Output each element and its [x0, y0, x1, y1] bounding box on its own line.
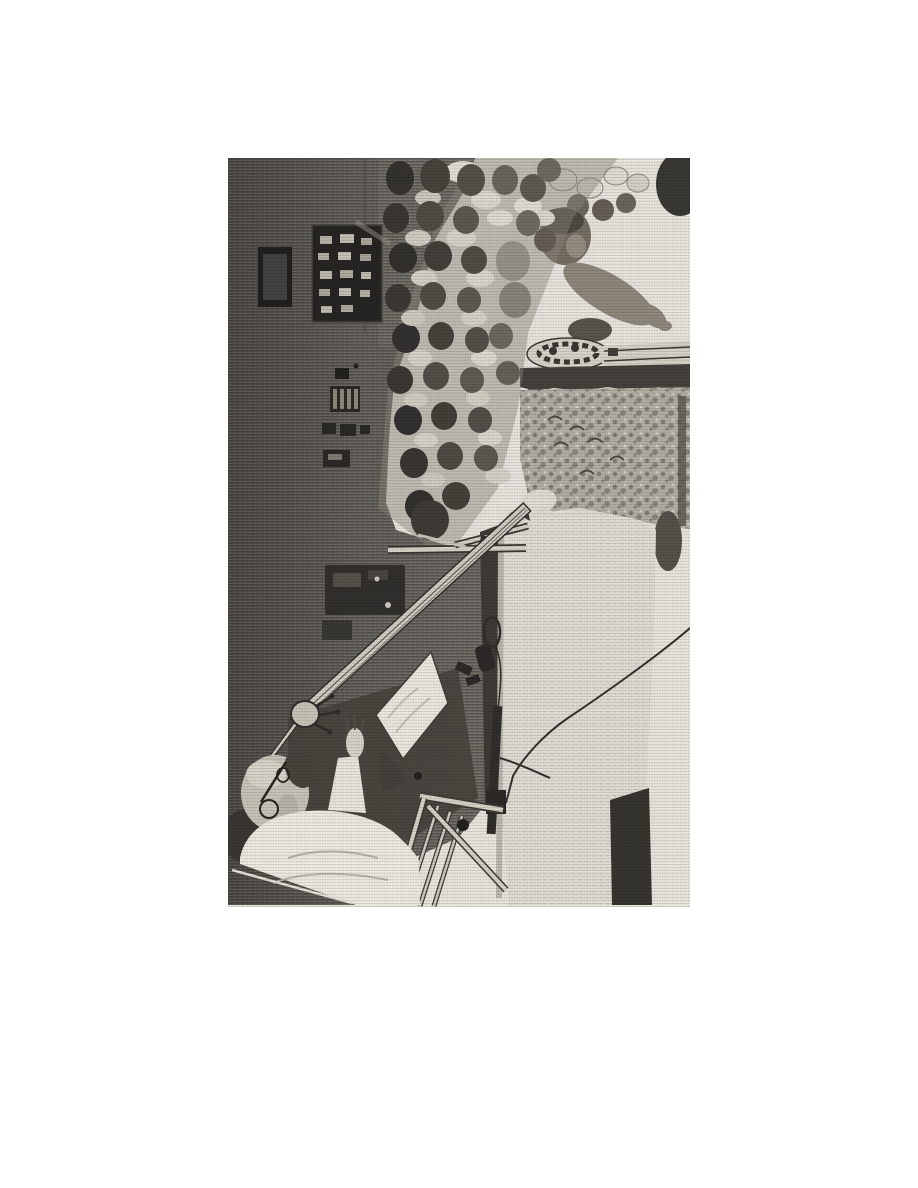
audience-head [492, 165, 518, 195]
audience-head [420, 282, 446, 310]
audience-garment [401, 310, 425, 326]
cloth-shadow-streak [678, 396, 686, 526]
board-card [320, 236, 332, 244]
switch-plate [340, 424, 356, 436]
audience-head [383, 203, 409, 233]
board-card [360, 254, 371, 261]
audience-head [534, 228, 556, 252]
dark-vertical-band [610, 788, 652, 905]
audience-head [592, 199, 614, 221]
audience-head [496, 241, 530, 281]
board-card [360, 290, 370, 297]
robe-dot [414, 772, 422, 780]
audience-head [474, 445, 498, 471]
amp-body [325, 565, 405, 615]
audience-head [424, 241, 452, 271]
head-highlight [246, 760, 286, 788]
audience-head [389, 243, 417, 273]
photograph [228, 158, 690, 907]
board-card [320, 271, 332, 279]
switch-plate [322, 423, 336, 434]
table-object [608, 348, 618, 356]
tray-item [571, 344, 579, 352]
audience-head [385, 284, 411, 312]
board-card [340, 234, 354, 243]
notice-board [312, 222, 390, 322]
audience-head [616, 193, 636, 213]
board-card [341, 305, 353, 312]
audience-head [411, 500, 449, 540]
audience-head [386, 161, 414, 195]
board-card [361, 272, 371, 279]
window-inner [263, 254, 287, 300]
audience-head [400, 448, 428, 478]
board-card [339, 288, 351, 296]
peg-knob [336, 710, 341, 715]
audience-head [516, 210, 540, 236]
photograph-art [228, 158, 690, 907]
wall-window [258, 247, 292, 307]
audience-head [457, 164, 485, 196]
board-card [340, 270, 353, 278]
audience-head [437, 442, 463, 470]
outlet-slot [328, 454, 342, 460]
audience-head [428, 322, 454, 350]
peg-knob [330, 694, 335, 699]
audience-head [420, 159, 450, 193]
audience-head [457, 287, 481, 313]
vent [335, 368, 349, 379]
amp-panel [333, 573, 361, 587]
audience-head [496, 361, 520, 385]
board-card [338, 252, 351, 260]
vent-slot [354, 389, 358, 409]
audience-garment [487, 210, 513, 226]
audience-head [416, 201, 444, 231]
board-card [361, 238, 372, 245]
vent-dot [354, 364, 359, 369]
audience-garment [404, 393, 428, 407]
audience-garment [408, 350, 432, 366]
audience-head [461, 246, 487, 274]
board-card [321, 306, 332, 313]
board-card [319, 289, 330, 296]
audience-garment [421, 473, 445, 487]
audience-head [423, 362, 449, 390]
audience-head [489, 323, 513, 349]
audience-head [394, 405, 422, 435]
bowing-man-face [566, 234, 586, 258]
audience-garment [414, 433, 438, 447]
performer-hand [346, 728, 364, 758]
audience-head [468, 407, 492, 433]
tray-item [549, 347, 557, 355]
rod [388, 548, 526, 550]
page-background [0, 0, 918, 1188]
scanned-page: { "page": { "type": "scanned book page, … [0, 0, 918, 1188]
amp-small-box [322, 620, 352, 640]
audience-head [537, 158, 561, 182]
switch-plate [360, 425, 370, 434]
audience-head [431, 402, 457, 430]
audience-head [442, 482, 470, 510]
bowing-man-hand [658, 321, 672, 331]
board-card [318, 253, 329, 260]
peg-knob [328, 730, 333, 735]
vent-slot [347, 389, 351, 409]
audience-cap [627, 174, 649, 192]
audience-garment [405, 230, 431, 246]
vent-slot [340, 389, 344, 409]
audience-head [499, 282, 531, 318]
audience-head [392, 323, 420, 353]
amp-knob [385, 602, 391, 608]
stand-knob [457, 819, 469, 831]
audience-head [465, 327, 489, 353]
audience-head [387, 366, 413, 394]
audience-garment [461, 310, 487, 326]
audience-head [460, 367, 484, 393]
audience-head [453, 206, 479, 234]
seated-figure [654, 511, 682, 571]
amp-knob [375, 577, 380, 582]
vent-slot [333, 389, 337, 409]
